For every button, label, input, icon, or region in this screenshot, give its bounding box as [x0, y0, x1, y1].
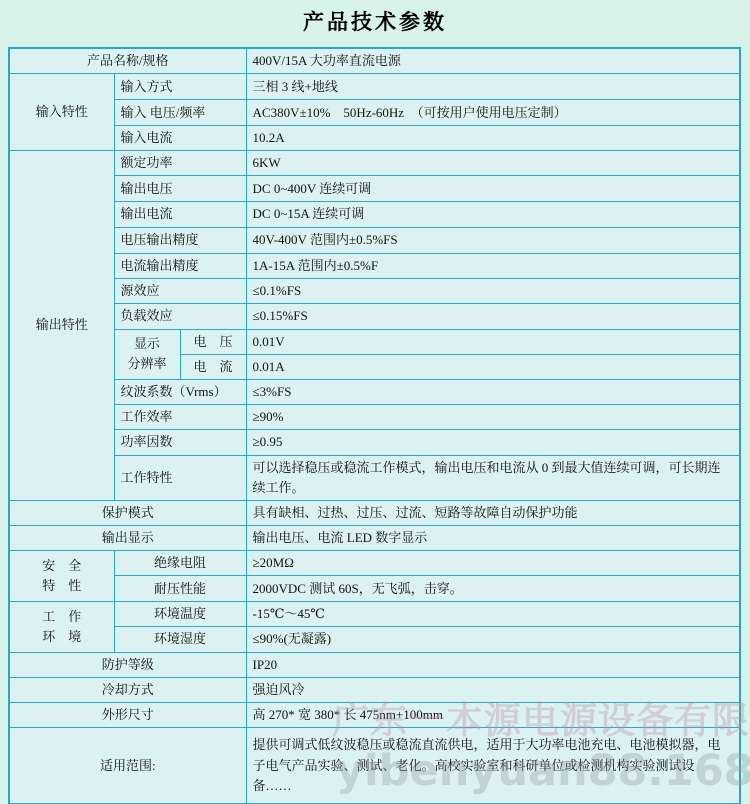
table-row: 负载效应 ≤0.15%FS	[9, 303, 740, 329]
spec-value-withstand-voltage: 2000VDC 测试 60S，无飞弧，击穿。	[246, 576, 740, 602]
spec-label-ambient-temperature: 环境温度	[114, 602, 246, 627]
spec-label-protection-mode: 保护模式	[9, 500, 246, 525]
spec-label-input-voltage-freq: 输入 电压/频率	[114, 100, 246, 126]
group-label-display-line1: 显示	[121, 334, 174, 354]
spec-value-output-voltage: DC 0~400V 连续可调	[246, 176, 740, 202]
table-row: 功率因数 ≥0.95	[9, 430, 740, 455]
table-row: 纹波系数（Vrms） ≤3%FS	[9, 380, 740, 405]
spec-table: 产品名称/规格 400V/15A 大功率直流电源 输入特性 输入方式 三相 3 …	[8, 47, 741, 804]
table-row: 耐压性能 2000VDC 测试 60S，无飞弧，击穿。	[9, 576, 740, 602]
spec-value-rated-power: 6KW	[246, 151, 740, 176]
spec-label-ripple-coefficient: 纹波系数（Vrms）	[114, 380, 246, 405]
spec-label-input-current: 输入电流	[114, 126, 246, 151]
spec-label-load-effect: 负载效应	[114, 303, 246, 329]
page-title: 产品技术参数	[0, 6, 750, 36]
spec-value-ambient-temperature: -15℃～45℃	[246, 602, 740, 627]
table-row: 源效应 ≤0.1%FS	[9, 278, 740, 303]
table-row: 输入特性 输入方式 三相 3 线+地线	[9, 74, 740, 100]
spec-label-protection-grade: 防护等级	[9, 652, 246, 677]
group-label-safety-characteristics: 安 全 特 性	[9, 551, 114, 602]
table-row: 适用范围: 提供可调式低纹波稳压或稳流直流供电，适用于大功率电池充电、电池模拟器…	[9, 727, 740, 804]
table-row: 冷却方式 强迫风冷	[9, 677, 740, 702]
spec-value-output-display: 输出电压、电流 LED 数字显示	[246, 525, 740, 550]
spec-label-source-effect: 源效应	[114, 278, 246, 303]
group-label-safety-line1: 安 全	[16, 556, 108, 576]
spec-value-voltage-accuracy: 40V-400V 范围内±0.5%FS	[246, 227, 740, 253]
spec-value-ripple-coefficient: ≤3%FS	[246, 380, 740, 405]
spec-label-work-efficiency: 工作效率	[114, 405, 246, 430]
spec-label-rated-power: 额定功率	[114, 151, 246, 176]
group-label-display-resolution: 显示 分辨率	[114, 329, 180, 379]
table-row: 输入 电压/频率 AC380V±10% 50Hz-60Hz （可按用户使用电压定…	[9, 100, 740, 126]
table-row: 显示 分辨率 电 压 0.01V	[9, 329, 740, 354]
table-row: 工 作 环 境 环境温度 -15℃～45℃	[9, 602, 740, 627]
spec-value-display-voltage: 0.01V	[246, 329, 740, 354]
spec-label-ambient-humidity: 环境湿度	[114, 627, 246, 652]
table-row: 输出特性 额定功率 6KW	[9, 151, 740, 176]
group-label-input-characteristics: 输入特性	[9, 74, 114, 151]
table-row: 产品名称/规格 400V/15A 大功率直流电源	[9, 48, 740, 74]
spec-value-source-effect: ≤0.1%FS	[246, 278, 740, 303]
spec-value-work-efficiency: ≥90%	[246, 405, 740, 430]
spec-label-current-accuracy: 电流输出精度	[114, 253, 246, 278]
spec-label-voltage-accuracy: 电压输出精度	[114, 227, 246, 253]
spec-value-application-range: 提供可调式低纹波稳压或稳流直流供电，适用于大功率电池充电、电池模拟器，电子电气产…	[246, 727, 740, 804]
table-row: 外形尺寸 高 270* 宽 380* 长 475nm+100mm	[9, 702, 740, 727]
spec-label-insulation-resistance: 绝缘电阻	[114, 551, 246, 576]
table-row: 安 全 特 性 绝缘电阻 ≥20MΩ	[9, 551, 740, 576]
spec-label-product-name: 产品名称/规格	[9, 48, 246, 74]
spec-label-cooling-method: 冷却方式	[9, 677, 246, 702]
spec-value-ambient-humidity: ≤90%(无凝露)	[246, 627, 740, 652]
spec-label-work-characteristics: 工作特性	[114, 455, 246, 500]
group-label-display-line2: 分辨率	[121, 354, 174, 374]
spec-label-power-factor: 功率因数	[114, 430, 246, 455]
spec-value-dimensions: 高 270* 宽 380* 长 475nm+100mm	[246, 702, 740, 727]
spec-value-input-voltage-freq: AC380V±10% 50Hz-60Hz （可按用户使用电压定制）	[246, 100, 740, 126]
group-label-working-environment: 工 作 环 境	[9, 602, 114, 652]
spec-value-input-current: 10.2A	[246, 126, 740, 151]
table-row: 电流输出精度 1A-15A 范围内±0.5%F	[9, 253, 740, 278]
spec-label-application-range: 适用范围:	[9, 727, 246, 804]
spec-value-insulation-resistance: ≥20MΩ	[246, 551, 740, 576]
spec-label-output-current: 输出电流	[114, 202, 246, 227]
spec-value-current-accuracy: 1A-15A 范围内±0.5%F	[246, 253, 740, 278]
table-row: 电压输出精度 40V-400V 范围内±0.5%FS	[9, 227, 740, 253]
table-row: 保护模式 具有缺相、过热、过压、过流、短路等故障自动保护功能	[9, 500, 740, 525]
spec-label-output-voltage: 输出电压	[114, 176, 246, 202]
table-row: 防护等级 IP20	[9, 652, 740, 677]
table-row: 输出电压 DC 0~400V 连续可调	[9, 176, 740, 202]
spec-value-power-factor: ≥0.95	[246, 430, 740, 455]
spec-value-cooling-method: 强迫风冷	[246, 677, 740, 702]
spec-label-withstand-voltage: 耐压性能	[114, 576, 246, 602]
group-label-environment-line1: 工 作	[16, 607, 108, 627]
spec-label-output-display: 输出显示	[9, 525, 246, 550]
spec-label-input-mode: 输入方式	[114, 74, 246, 100]
spec-value-display-current: 0.01A	[246, 354, 740, 379]
spec-value-load-effect: ≤0.15%FS	[246, 303, 740, 329]
spec-label-dimensions: 外形尺寸	[9, 702, 246, 727]
group-label-environment-line2: 环 境	[16, 627, 108, 647]
group-label-output-characteristics: 输出特性	[9, 151, 114, 501]
table-row: 工作特性 可以选择稳压或稳流工作模式，输出电压和电流从 0 到最大值连续可调，可…	[9, 455, 740, 500]
spec-label-display-voltage: 电 压	[180, 329, 246, 354]
spec-value-protection-grade: IP20	[246, 652, 740, 677]
table-row: 输出显示 输出电压、电流 LED 数字显示	[9, 525, 740, 550]
table-row: 输入电流 10.2A	[9, 126, 740, 151]
spec-value-product-name: 400V/15A 大功率直流电源	[246, 48, 740, 74]
group-label-safety-line2: 特 性	[16, 576, 108, 596]
spec-value-output-current: DC 0~15A 连续可调	[246, 202, 740, 227]
table-row: 工作效率 ≥90%	[9, 405, 740, 430]
spec-label-display-current: 电 流	[180, 354, 246, 379]
spec-value-work-characteristics: 可以选择稳压或稳流工作模式，输出电压和电流从 0 到最大值连续可调，可长期连续工…	[246, 455, 740, 500]
spec-value-protection-mode: 具有缺相、过热、过压、过流、短路等故障自动保护功能	[246, 500, 740, 525]
table-row: 环境湿度 ≤90%(无凝露)	[9, 627, 740, 652]
table-row: 输出电流 DC 0~15A 连续可调	[9, 202, 740, 227]
spec-value-input-mode: 三相 3 线+地线	[246, 74, 740, 100]
